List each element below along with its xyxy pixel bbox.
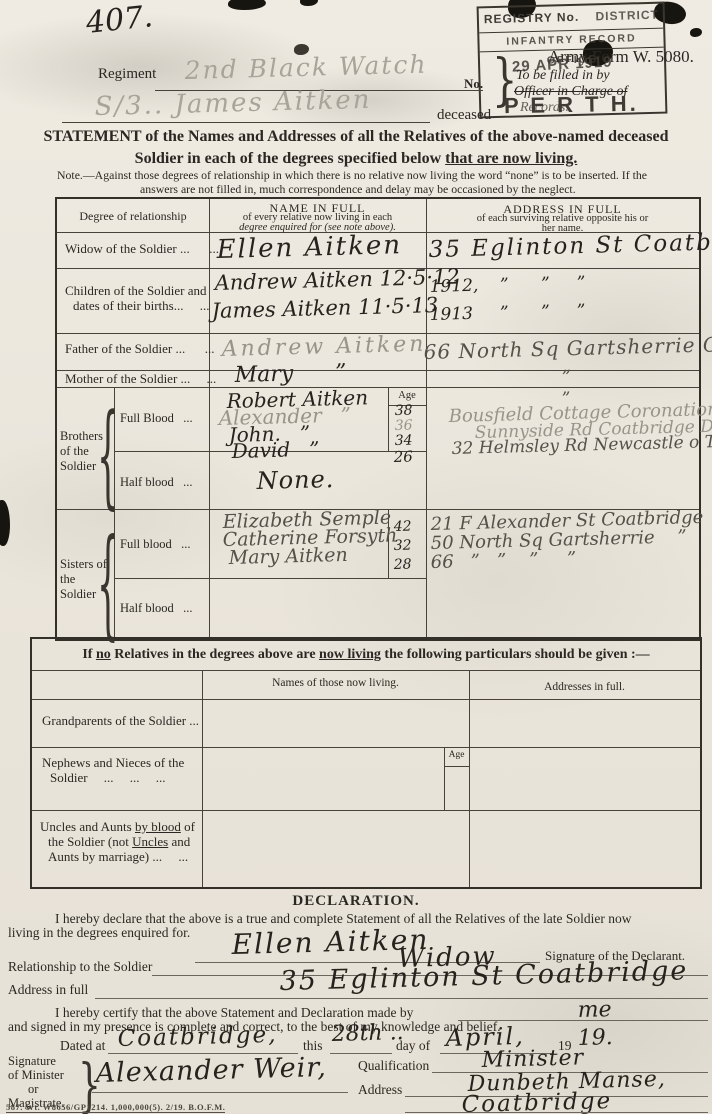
table-line: [32, 810, 700, 811]
label-sisters-half: Half blood ...: [120, 601, 193, 616]
row-label-widow: Widow of the Soldier ... ...: [65, 241, 219, 257]
sister-3-name-handwritten: Mary Aitken: [228, 544, 348, 569]
child-2-address-handwritten: 1913 ” ” ”: [429, 301, 585, 325]
uncles-word-underlined: Uncles: [132, 834, 168, 849]
table-line: [32, 699, 700, 700]
father-address-handwritten: 66 North Sq Gartsherrie Coatbridge: [423, 329, 712, 364]
col-header-degree: Degree of relationship: [57, 209, 209, 224]
row-label-nephews-1: Nephews and Nieces of the: [42, 755, 184, 771]
note-line1: Note.—Against those degrees of relations…: [57, 168, 647, 183]
col-header-names-now-living: Names of those now living.: [202, 677, 469, 689]
table-line: [57, 387, 699, 388]
regiment-label: Regiment: [98, 66, 156, 83]
minister-label-3: or: [28, 1082, 38, 1097]
row-label-uncles-2: the Soldier (not Uncles and: [48, 834, 190, 850]
father-name-handwritten: Andrew Aitken: [221, 332, 426, 362]
ink-blot: [300, 0, 318, 6]
label-brothers-half: Half blood ...: [120, 475, 193, 490]
table-line: [32, 670, 700, 671]
regiment-value-handwritten: 2nd Black Watch: [184, 50, 428, 85]
day-line: [330, 1053, 392, 1054]
address-in-full-label: Address in full: [8, 982, 88, 998]
day-of-label: day of: [396, 1038, 430, 1054]
table-divider: [202, 670, 203, 887]
heading-now-living-underlined: now living: [319, 647, 381, 662]
day-value-handwritten: 28th ..: [331, 1020, 404, 1047]
note-line2: answers are not filled in, much correspo…: [140, 182, 576, 197]
scanned-army-form: 407. REGISTRY No. DISTRICT INFANTRY RECO…: [0, 0, 712, 1114]
deceased-label: deceased: [437, 107, 491, 124]
brother-4-name-handwritten: David ”: [231, 437, 319, 463]
row-label-uncles-3: Aunts by marriage) ... ...: [48, 849, 188, 865]
brother-1-age: 38: [395, 403, 413, 419]
relationship-label: Relationship to the Soldier: [8, 959, 152, 975]
stamp-district-label: DISTRICT: [595, 8, 659, 24]
child-2-name-handwritten: James Aitken 11·5·13: [211, 293, 438, 323]
row-label-children-1: Children of the Soldier and: [65, 283, 207, 299]
uncles-by-blood-underlined: by blood: [135, 819, 181, 834]
widow-name-handwritten: Ellen Aitken: [216, 230, 402, 265]
sister-2-age: 32: [394, 538, 412, 554]
uncles-l1a: Uncles and Aunts: [40, 819, 135, 834]
statement-title-line1: STATEMENT of the Names and Addresses of …: [0, 128, 712, 146]
uncles-l1c: of: [181, 819, 195, 834]
page-number-handwritten: 407.: [84, 0, 154, 41]
sister-3-age: 28: [394, 557, 412, 573]
qualification-label: Qualification: [358, 1058, 429, 1074]
address-line: [95, 998, 708, 999]
label-brothers-full: Full Blood ...: [120, 411, 193, 426]
table-line: [114, 578, 426, 579]
sister-1-age: 42: [394, 519, 412, 535]
label-sisters-full: Full blood ...: [120, 537, 191, 552]
ink-blot: [228, 0, 266, 10]
uncles-l2a: the Soldier (not: [48, 834, 132, 849]
ink-blot: [690, 28, 702, 37]
brothers-brace: {: [97, 391, 119, 523]
ink-blot: [0, 500, 10, 546]
relatives-table: Age Degree of relationship NAME IN FULL …: [55, 197, 701, 641]
child-1-name-handwritten: Andrew Aitken 12·5·12: [214, 265, 460, 295]
sister-3-address-handwritten: 66 ” ” ” ”: [430, 548, 576, 573]
row-label-nephews-2: Soldier ... ... ...: [50, 770, 166, 786]
age-header: Age: [444, 750, 469, 760]
minister-signature-handwritten: Alexander Weir,: [95, 1052, 327, 1089]
mother-address-ditto: ”: [561, 367, 571, 388]
row-label-father: Father of the Soldier ... ...: [65, 341, 214, 357]
row-label-uncles: Uncles and Aunts by blood of: [40, 819, 195, 835]
minister-address-label: Address: [358, 1082, 402, 1098]
brother-2-age: 36: [395, 418, 413, 434]
fill-note-line1: To be filled in by: [516, 68, 610, 84]
stamp-registry-label: REGISTRY No.: [484, 10, 580, 26]
sisters-brace: {: [97, 515, 119, 655]
heading-mid: Relatives in the degrees above are: [111, 647, 319, 662]
printer-imprint: 587. Wt. W8656/GP1214. 1,000,000(5). 2/1…: [6, 1102, 225, 1113]
soldier-name-line: [62, 122, 430, 123]
heading-post: the following particulars should be give…: [381, 647, 650, 662]
heading-pre: If: [82, 647, 96, 662]
declaration-heading: DECLARATION.: [0, 893, 712, 910]
heading-no-underlined: no: [96, 647, 111, 662]
brother-4-age: 26: [394, 448, 414, 466]
row-label-grandparents: Grandparents of the Soldier ...: [42, 713, 199, 729]
minister-address-line-2: [405, 1112, 708, 1113]
age-header: Age: [388, 390, 426, 401]
statement-title-line2-underlined: that are now living.: [445, 150, 577, 167]
table-divider: [469, 670, 470, 887]
table-line: [32, 747, 700, 748]
uncles-l2c: and: [168, 834, 190, 849]
row-label-children-2: dates of their births... ...: [73, 298, 209, 314]
minister-label-2: of Minister: [8, 1068, 64, 1083]
soldier-name-handwritten: S/3.. James Aitken: [94, 85, 372, 122]
age-column-line: [444, 766, 469, 767]
declaration-line2: living in the degrees enquired for.: [8, 925, 190, 941]
minister-label-1: Signature: [8, 1054, 56, 1069]
statement-title-line2-pre: Soldier in each of the degrees specified…: [135, 150, 446, 167]
child-1-address-handwritten: 1912, ” ” ”: [429, 273, 585, 297]
no-relatives-heading: If no Relatives in the degrees above are…: [32, 647, 700, 663]
minister-address-2-handwritten: Coatbridge: [461, 1088, 612, 1114]
mother-name-handwritten: Mary ”: [234, 360, 346, 388]
perth-stamp: P E R T H.: [504, 91, 639, 119]
dated-place-handwritten: Coatbridge,: [117, 1022, 277, 1052]
no-relatives-table: If no Relatives in the degrees above are…: [30, 637, 702, 889]
col-header-addresses-in-full: Addresses in full.: [469, 681, 700, 693]
minister-signature-line: [92, 1092, 348, 1093]
row-label-mother: Mother of the Soldier ... ...: [65, 371, 216, 387]
statement-title-line2: Soldier in each of the degrees specified…: [0, 150, 712, 168]
brothers-half-blood-value: None.: [256, 465, 334, 495]
brother-3-age: 34: [395, 433, 413, 449]
table-divider: [209, 199, 210, 639]
dated-at-label: Dated at: [60, 1038, 105, 1054]
